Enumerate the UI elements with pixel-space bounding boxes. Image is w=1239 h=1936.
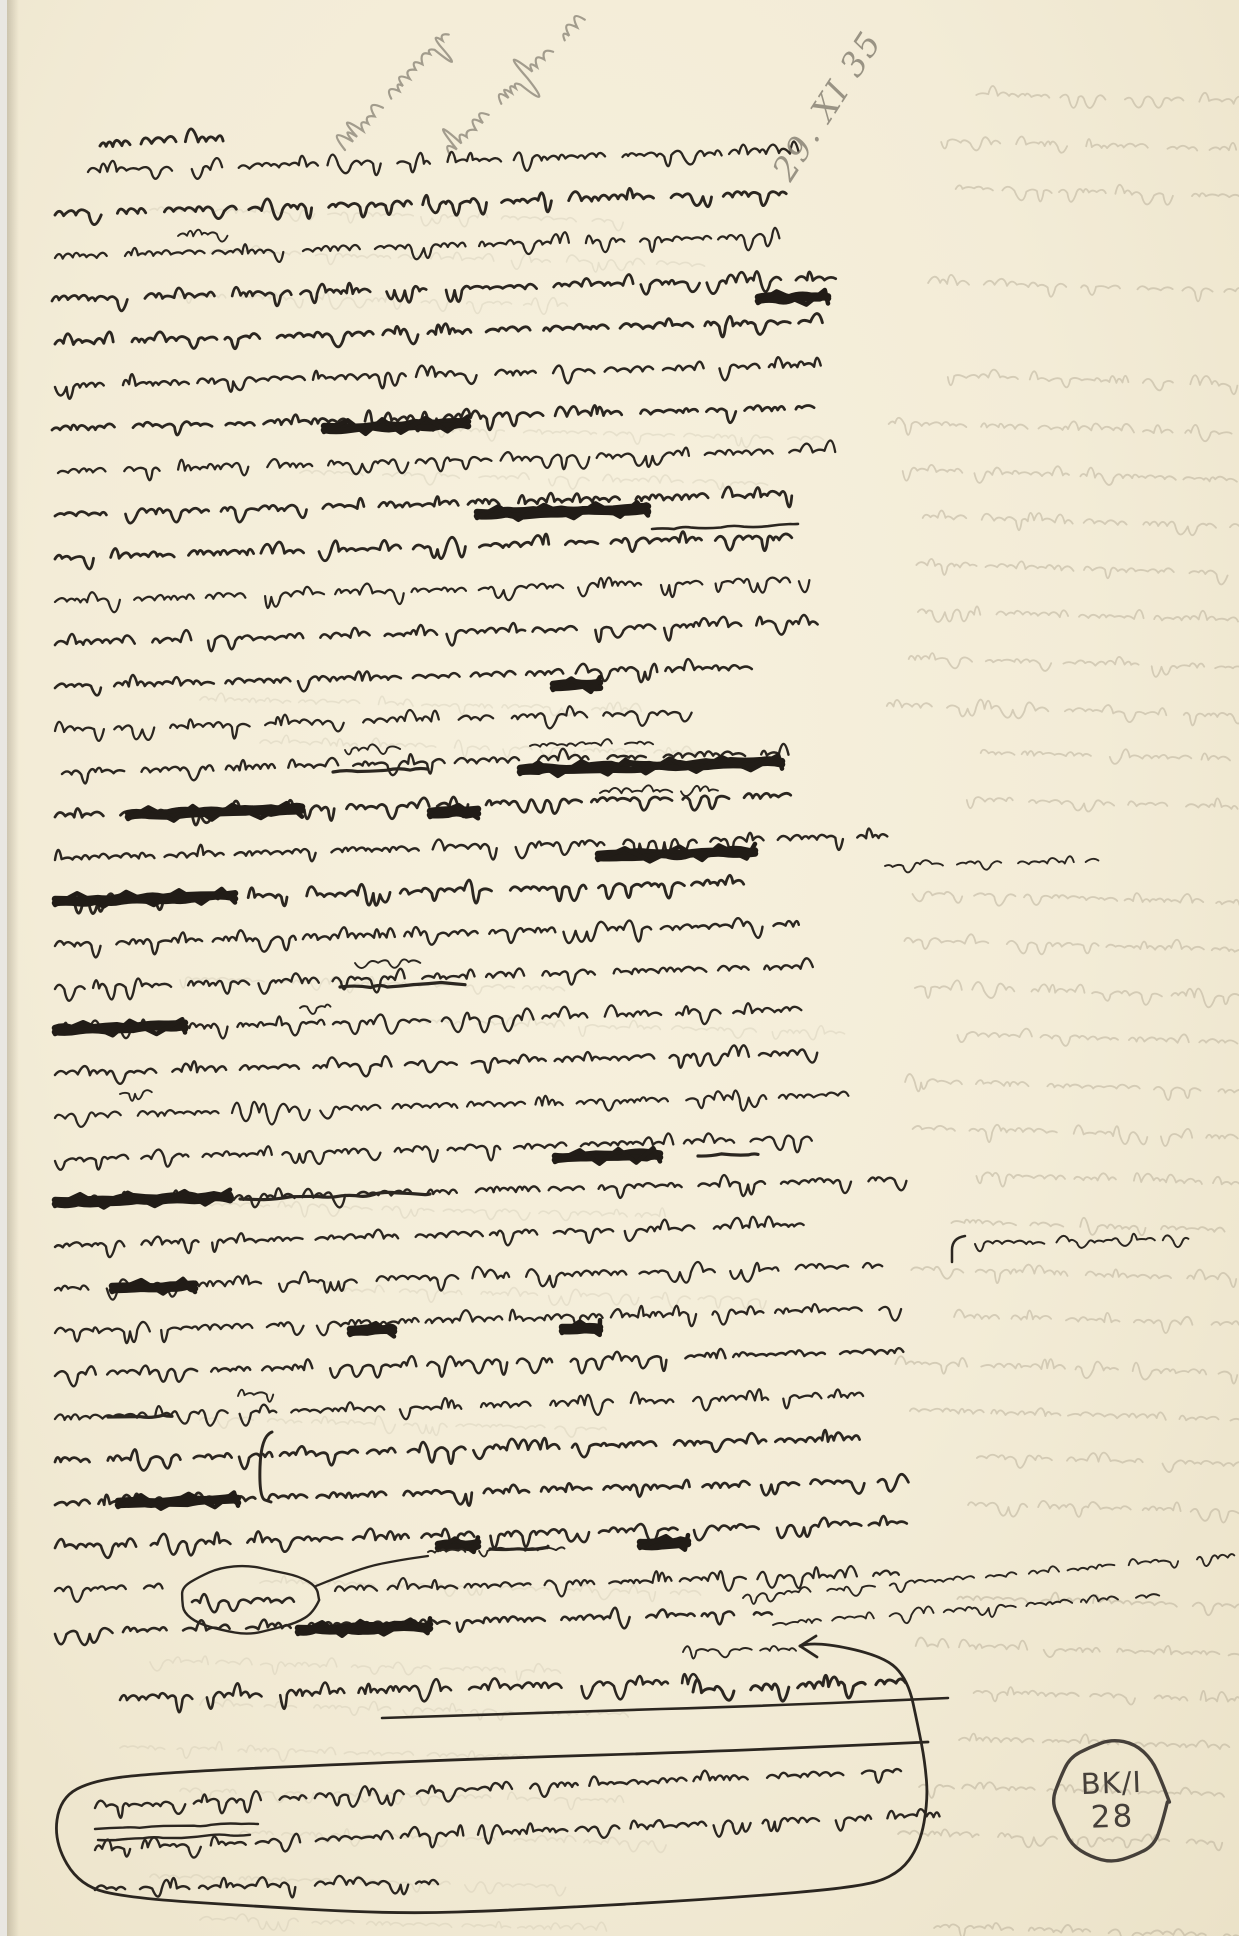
bleedthrough-line bbox=[913, 1125, 1238, 1146]
bleedthrough-line bbox=[903, 465, 1237, 485]
bleedthrough-line bbox=[928, 275, 1239, 301]
handwriting-line bbox=[55, 1389, 863, 1425]
bleedthrough-line bbox=[210, 246, 705, 272]
closing-line bbox=[693, 1675, 906, 1701]
bleedthrough-line bbox=[915, 980, 1239, 1007]
bleedthrough-line bbox=[150, 1656, 561, 1680]
insertion-word bbox=[120, 1090, 152, 1101]
bleedthrough-line bbox=[200, 693, 641, 715]
bleedthrough-line bbox=[974, 1687, 1239, 1705]
bleedthrough-line bbox=[887, 700, 1239, 726]
postscript-underline bbox=[98, 1835, 250, 1841]
handwriting-line bbox=[52, 271, 836, 310]
handwriting-line bbox=[55, 487, 792, 523]
bleedthrough-line bbox=[909, 653, 1239, 677]
handwriting-line bbox=[55, 188, 786, 224]
handwriting-line bbox=[58, 440, 835, 480]
postscript-line bbox=[95, 1769, 901, 1818]
archive-stamp-shelfmark: BK/I bbox=[1080, 1767, 1142, 1801]
bleedthrough-line bbox=[954, 1310, 1239, 1333]
insertion-word bbox=[238, 1390, 273, 1402]
bleedthrough-line bbox=[977, 1453, 1239, 1472]
circled-word bbox=[192, 1594, 294, 1612]
signature-flourish bbox=[382, 1698, 948, 1718]
insertion-word bbox=[345, 744, 400, 754]
bleedthrough-line bbox=[957, 1593, 1239, 1616]
insertion-word bbox=[178, 230, 228, 242]
pencil-scrawl bbox=[434, 4, 601, 171]
handwriting-line bbox=[55, 793, 791, 825]
handwriting-line bbox=[88, 142, 799, 179]
bleedthrough-line bbox=[957, 1029, 1237, 1046]
handwriting-line bbox=[55, 1090, 848, 1126]
bleedthrough-line bbox=[910, 1408, 1239, 1421]
handwriting-line bbox=[55, 1304, 901, 1343]
insertion-word bbox=[683, 1646, 796, 1658]
bleedthrough-line bbox=[200, 1416, 606, 1437]
strikethrough-mark bbox=[108, 1415, 172, 1417]
handwriting-line bbox=[335, 1566, 899, 1596]
insertion-word bbox=[300, 1005, 331, 1014]
insertion-word bbox=[530, 739, 653, 747]
handwriting-line bbox=[55, 659, 752, 695]
archive-stamp-number: 28 bbox=[1090, 1799, 1135, 1836]
bleedthrough-line bbox=[976, 86, 1239, 108]
bleedthrough-line bbox=[913, 892, 1239, 906]
handwriting-line bbox=[55, 829, 887, 862]
scanned-manuscript-page: { "document": { "title": "Handwritten dr… bbox=[0, 0, 1239, 1936]
pencil-scrawl-stroke bbox=[434, 4, 601, 171]
handwriting-line bbox=[55, 1430, 860, 1470]
bleedthrough-line bbox=[967, 797, 1238, 811]
bleedthrough-line bbox=[160, 292, 567, 314]
circled-word-outline bbox=[182, 1566, 319, 1634]
handwriting-line bbox=[55, 577, 809, 612]
manuscript-handwriting-canvas bbox=[0, 0, 1239, 1936]
insertion-word bbox=[885, 856, 1098, 872]
bleedthrough-line bbox=[911, 1265, 1236, 1288]
postscript-loop bbox=[56, 1644, 928, 1913]
postscript-underline bbox=[95, 1824, 258, 1829]
handwriting-line bbox=[55, 918, 799, 957]
bleedthrough-line bbox=[976, 1172, 1239, 1186]
bleedthrough-line bbox=[200, 1914, 607, 1931]
handwriting-line bbox=[55, 314, 822, 349]
bleedthrough-line bbox=[895, 1356, 1237, 1383]
underline-mark bbox=[652, 524, 798, 529]
bleedthrough-line bbox=[956, 185, 1239, 205]
bleedthrough-line bbox=[200, 1201, 665, 1220]
closing-line bbox=[120, 1674, 699, 1712]
handwriting-line bbox=[55, 1516, 907, 1558]
margin-note-bracket bbox=[952, 1236, 965, 1262]
handwriting-line bbox=[55, 706, 692, 741]
insertion-word bbox=[600, 785, 718, 796]
archive-stamp: BK/I 28 bbox=[1050, 1740, 1174, 1864]
insertion-word bbox=[355, 959, 420, 968]
bleedthrough-line bbox=[981, 749, 1230, 764]
arrowhead-barb bbox=[800, 1646, 817, 1657]
bleedthrough-line bbox=[968, 1501, 1239, 1523]
salutation bbox=[100, 129, 223, 147]
handwriting-line bbox=[55, 532, 792, 569]
bleedthrough-line bbox=[260, 735, 701, 759]
bleedthrough-line bbox=[916, 559, 1227, 585]
pencil-scrawl-stroke bbox=[333, 24, 464, 164]
strikethrough-mark bbox=[698, 1154, 758, 1156]
bleedthrough-line bbox=[889, 418, 1232, 442]
bleedthrough-line bbox=[923, 511, 1239, 536]
margin-note bbox=[975, 1234, 1188, 1252]
handwriting-line bbox=[55, 1133, 812, 1169]
handwriting-line bbox=[55, 615, 818, 651]
handwriting-line bbox=[55, 1045, 817, 1083]
bleedthrough-line bbox=[420, 1018, 845, 1040]
bleedthrough-line bbox=[300, 470, 768, 490]
handwriting-line bbox=[55, 357, 821, 399]
bleedthrough-line bbox=[905, 1074, 1239, 1100]
parenthetical-note bbox=[773, 1594, 1159, 1625]
insertion-bracket bbox=[260, 1432, 272, 1502]
bleedthrough-line bbox=[951, 1218, 1224, 1235]
pencil-scrawl bbox=[333, 24, 464, 164]
strikethrough-mark bbox=[333, 768, 428, 772]
strikethrough-mark bbox=[298, 1628, 430, 1633]
handwriting-line bbox=[55, 1584, 163, 1602]
bleedthrough-line bbox=[904, 934, 1239, 954]
bleedthrough-line bbox=[934, 1923, 1239, 1936]
bleedthrough-line bbox=[918, 606, 1238, 622]
bleedthrough-line bbox=[948, 370, 1238, 395]
handwriting-line bbox=[55, 1217, 804, 1257]
bleedthrough-line bbox=[916, 1638, 1239, 1658]
bleedthrough-line bbox=[941, 136, 1236, 152]
bleedthrough-line bbox=[420, 423, 824, 447]
handwriting-line bbox=[55, 1348, 903, 1386]
handwriting-line bbox=[55, 958, 813, 1000]
